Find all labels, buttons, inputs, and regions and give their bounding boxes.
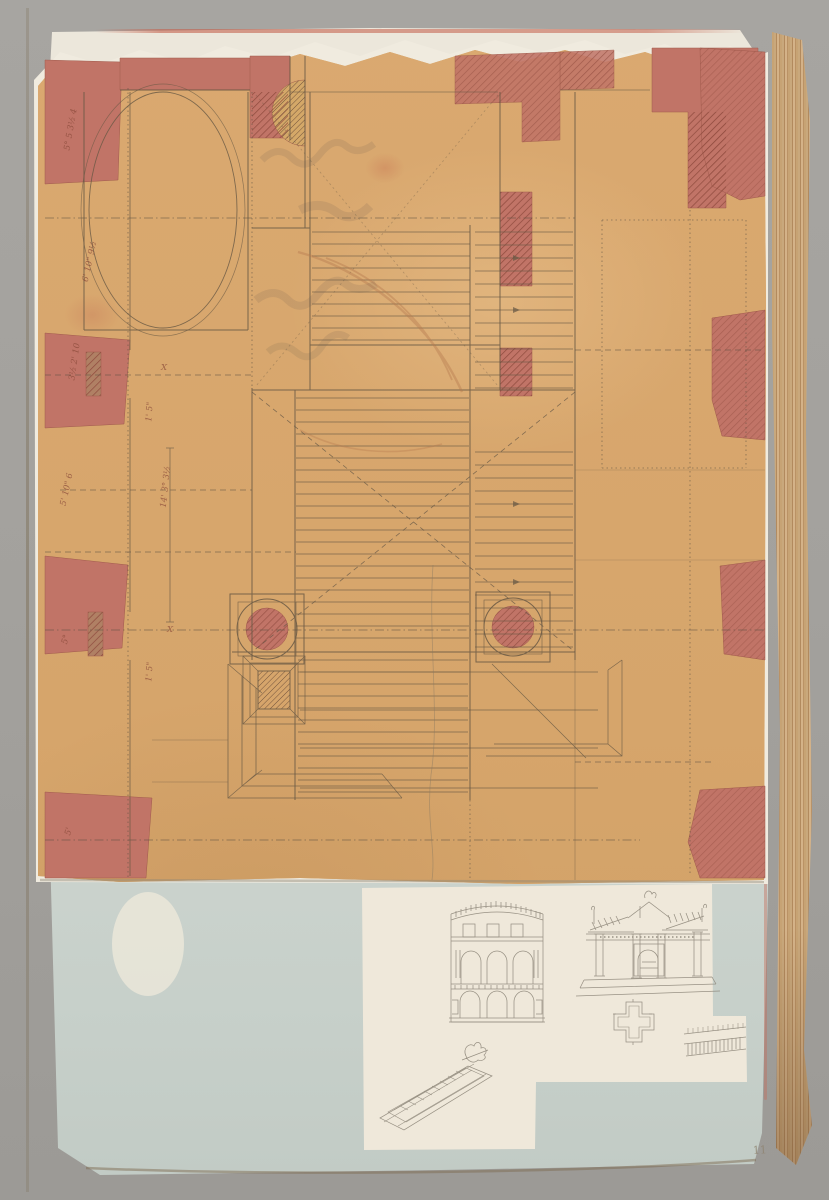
glue-patch [112,892,184,996]
book-fore-edge [766,30,818,1180]
photographed-book-spread: 5° 5 3½ 4 6' 10" 9½ 3½ 2' 10 1' 5" 5' 10… [0,0,829,1200]
page-red-stained-edge [96,29,744,33]
